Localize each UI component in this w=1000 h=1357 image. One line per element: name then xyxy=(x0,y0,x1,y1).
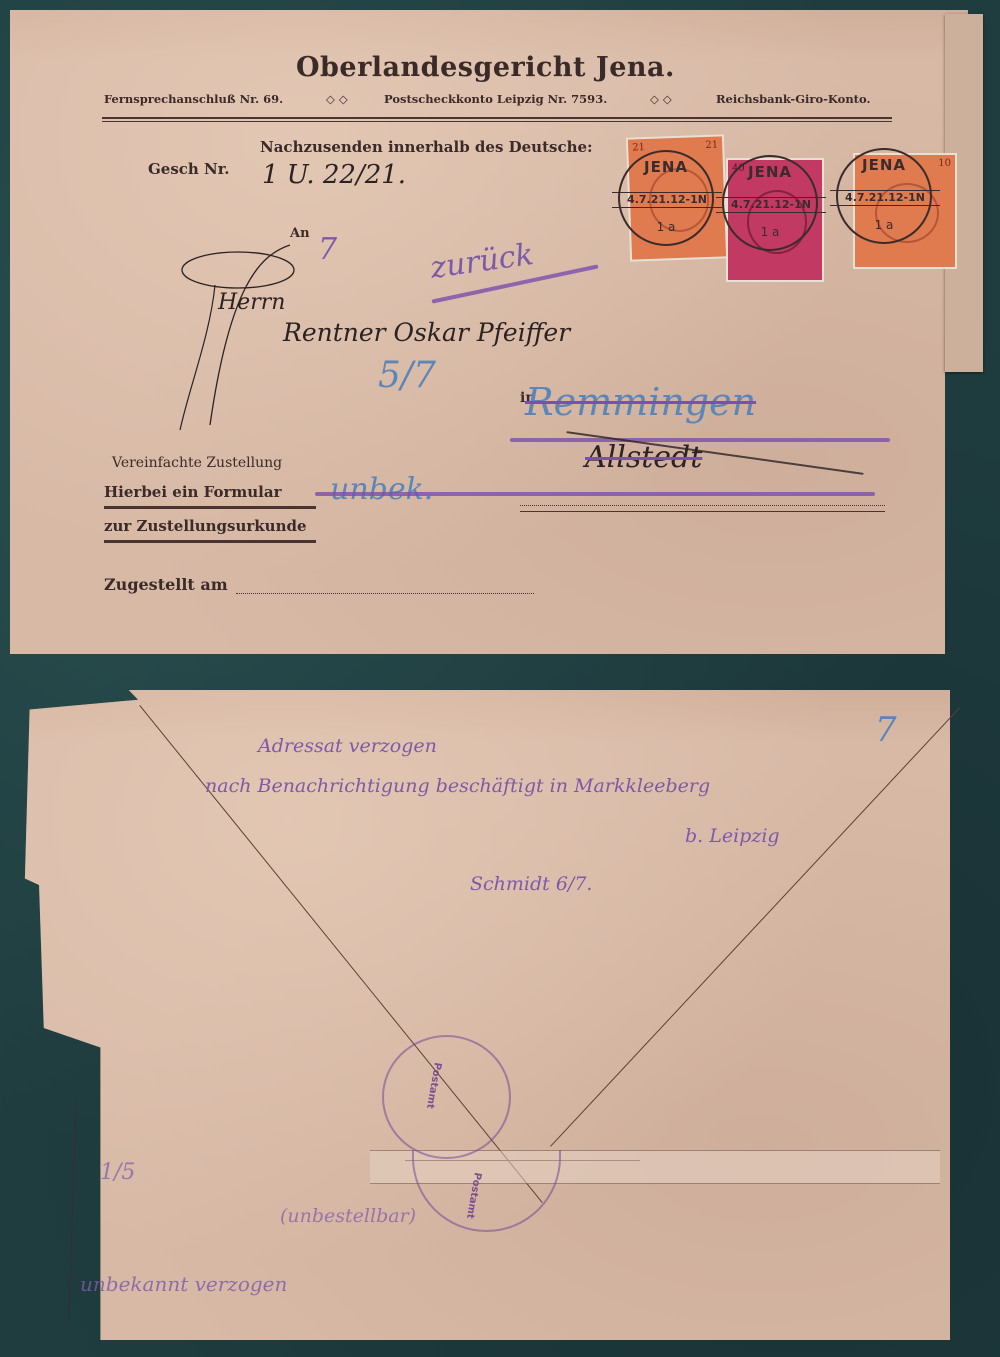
case-label: Gesch Nr. xyxy=(148,160,230,178)
blue-annotation: 5/7 xyxy=(378,355,436,396)
handwritten-seven: 7 xyxy=(318,232,337,267)
address-line xyxy=(520,511,885,512)
delivered-on-label: Zugestellt am xyxy=(104,575,228,594)
addressee-name: Rentner Oskar Pfeiffer xyxy=(283,318,570,347)
form-enclosed-label: Hierbei ein Formular xyxy=(104,483,281,501)
struck-annotation: unbek. xyxy=(330,472,433,507)
letterhead-separator: ◇ ◇ xyxy=(650,92,672,106)
town-second: Allstedt xyxy=(585,440,702,475)
back-note-line: 1/5 xyxy=(100,1160,135,1185)
back-note-line: unbekannt verzogen xyxy=(80,1272,287,1296)
postmark: JENA 4.7.21.12-1N 1 a xyxy=(618,150,714,246)
handwritten-herrn: Herrn xyxy=(218,290,285,315)
letterhead-bank: Reichsbank-Giro-Konto. xyxy=(716,92,870,106)
envelope-fold-line xyxy=(68,1098,77,1323)
back-note-line: nach Benachrichtigung beschäftigt in Mar… xyxy=(205,775,710,797)
label-underline xyxy=(104,506,316,509)
postmark: JENA 4.7.21.12-1N 1 a xyxy=(722,155,818,251)
case-number: 1 U. 22/21. xyxy=(262,160,406,190)
back-note-line: (unbestellbar) xyxy=(280,1205,416,1227)
back-note-signature: Schmidt 6/7. xyxy=(470,873,592,895)
town-original: Remmingen xyxy=(525,380,756,424)
delivered-on-dotted-line xyxy=(236,593,534,594)
letterhead-title: Oberlandesgericht Jena. xyxy=(296,52,675,83)
back-note-line: Adressat verzogen xyxy=(258,735,437,757)
letterhead-separator: ◇ ◇ xyxy=(326,92,348,106)
strikethrough-line xyxy=(315,492,875,496)
postmark: JENA 4.7.21.12-1N 1 a xyxy=(836,148,932,244)
blue-crayon-mark: 7 xyxy=(875,710,897,750)
simplified-delivery-label: Vereinfachte Zustellung xyxy=(112,455,282,471)
letterhead-postal-account: Postscheckkonto Leipzig Nr. 7593. xyxy=(384,92,607,106)
letterhead-rule xyxy=(102,117,892,119)
letterhead-phone: Fernsprechanschluß Nr. 69. xyxy=(104,92,283,106)
label-underline xyxy=(104,540,316,543)
violet-seal-stamp xyxy=(382,1035,511,1159)
forwarding-note: Nachzusenden innerhalb des Deutsche: xyxy=(260,138,593,156)
back-note-line: b. Leipzig xyxy=(685,825,780,847)
delivery-certificate-label: zur Zustellungsurkunde xyxy=(104,517,307,535)
address-dotted-line xyxy=(520,505,885,506)
letterhead-rule xyxy=(102,121,892,122)
